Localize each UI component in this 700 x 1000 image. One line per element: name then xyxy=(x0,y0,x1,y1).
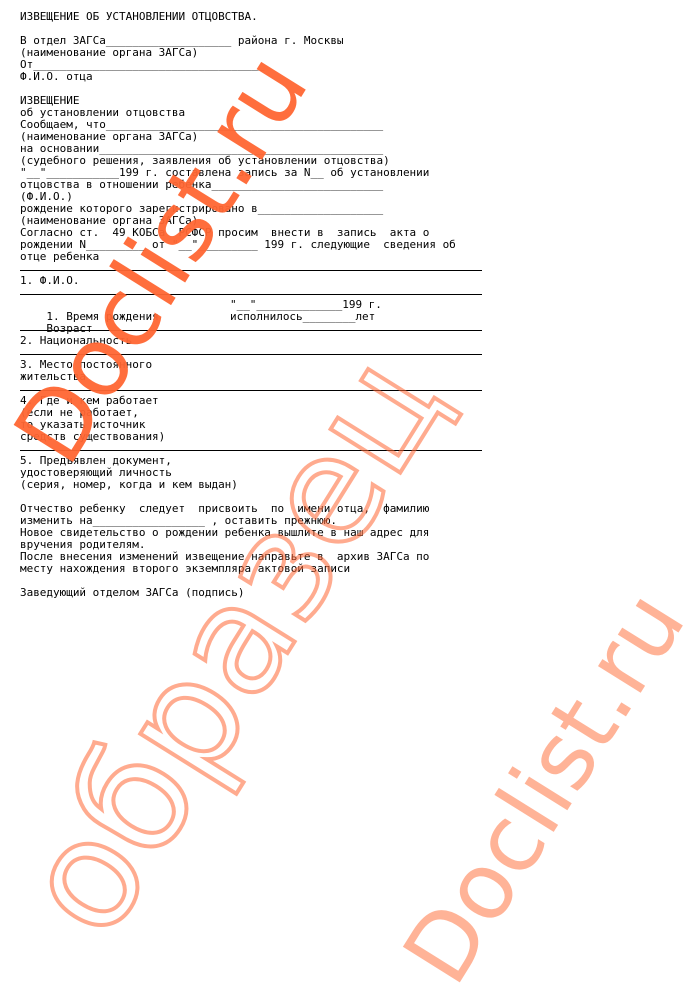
signature-line: Заведующий отделом ЗАГСа (подпись) xyxy=(20,587,456,599)
header-line: Ф.И.О. отца xyxy=(20,71,456,83)
notice-line: отцовства в отношении ребенка___________… xyxy=(20,179,456,191)
closing-line: месту нахождения второго экземпляра акто… xyxy=(20,563,456,575)
form-rule xyxy=(20,270,482,271)
form-rule xyxy=(20,330,482,331)
document-body: ИЗВЕЩЕНИЕ ОБ УСТАНОВЛЕНИИ ОТЦОВСТВА. В о… xyxy=(20,11,456,599)
document-title: ИЗВЕЩЕНИЕ ОБ УСТАНОВЛЕНИИ ОТЦОВСТВА. xyxy=(20,11,456,23)
form-rule xyxy=(20,450,482,451)
field-fio-label: 1. Ф.И.О. xyxy=(20,275,456,287)
form-rule xyxy=(20,354,482,355)
form-rule xyxy=(20,294,482,295)
field-work-label: средств существования) xyxy=(20,431,456,443)
field-nationality-label: 2. Национальность xyxy=(20,335,456,347)
field-age-row: Возраст исполнилось________лет xyxy=(20,311,456,323)
field-residence-label: жительства xyxy=(20,371,456,383)
field-age-label: Возраст xyxy=(46,322,92,335)
form-rule xyxy=(20,390,482,391)
watermark-solid-bottom: Doclist.ru xyxy=(383,573,700,1000)
field-document-label: (серия, номер, когда и кем выдан) xyxy=(20,479,456,491)
field-age-value: исполнилось________лет xyxy=(230,311,375,323)
notice-line: отце ребенка xyxy=(20,251,456,263)
